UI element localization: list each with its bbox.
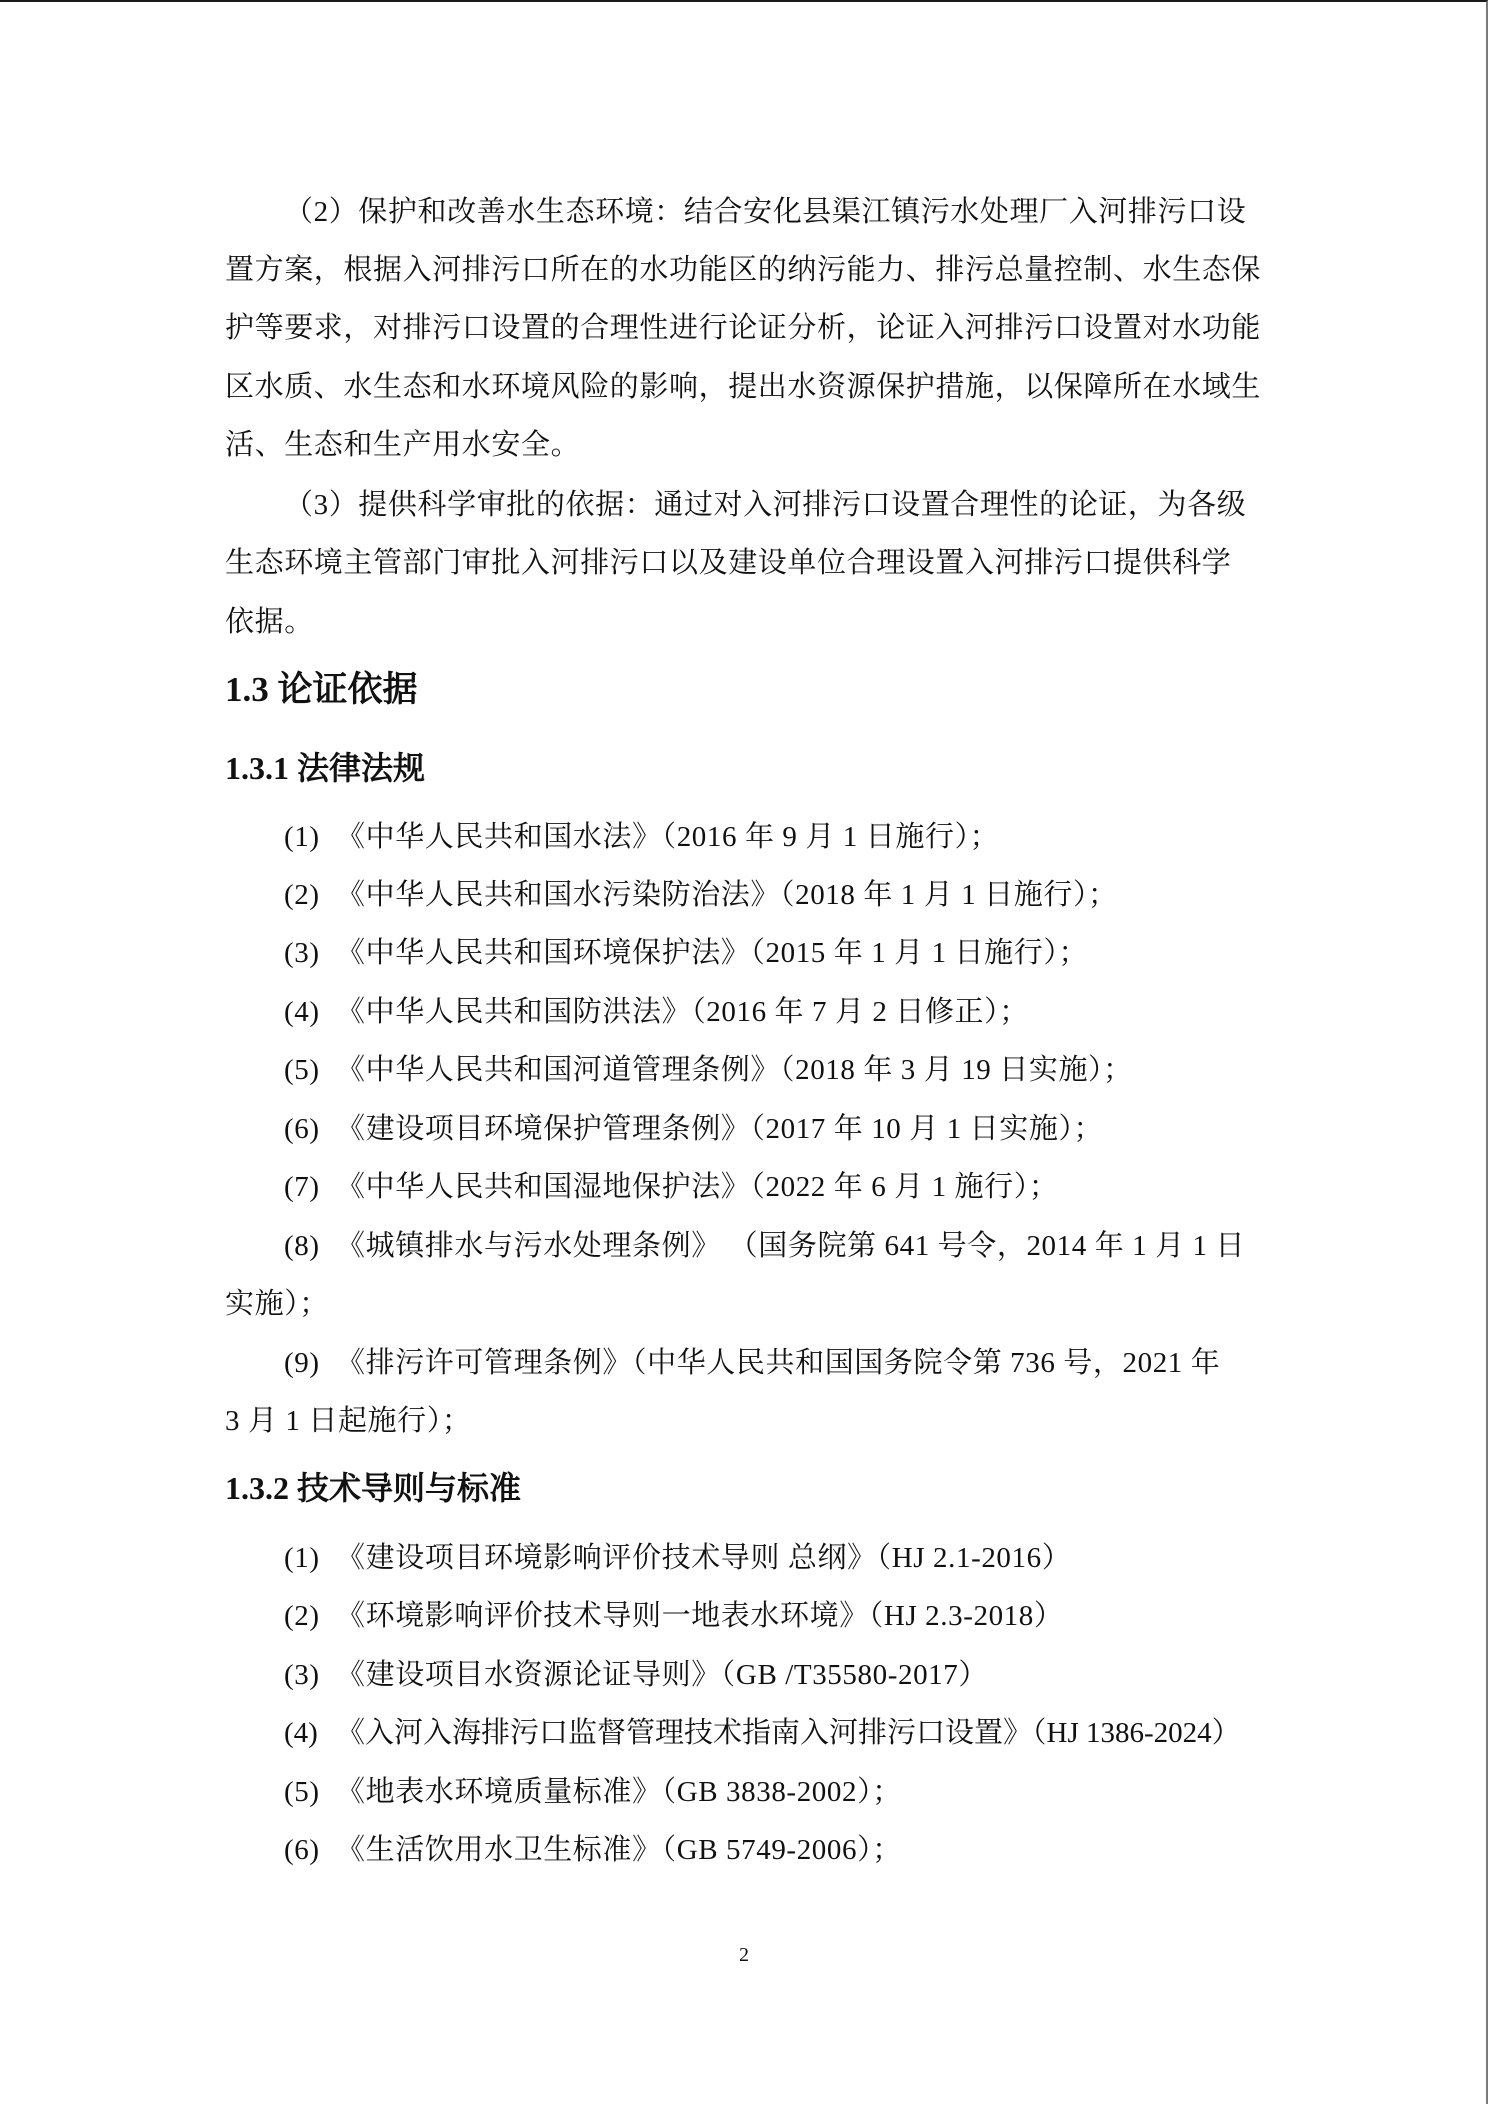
- law-list-item: (7)《中华人民共和国湿地保护法》（2022 年 6 月 1 施行）；: [284, 1167, 1324, 1207]
- list-number: (2): [284, 1596, 336, 1636]
- paragraph-3-line-3: 依据。: [225, 602, 1265, 642]
- list-text: 《建设项目环境影响评价技术导则 总纲》（HJ 2.1-2016）: [336, 1542, 1071, 1574]
- list-number: (3): [284, 933, 336, 973]
- list-text: 《入河入海排污口监督管理技术指南入河排污口设置》（HJ 1386-2024）: [336, 1717, 1241, 1749]
- law-list-item: (2)《中华人民共和国水污染防治法》（2018 年 1 月 1 日施行）；: [284, 875, 1324, 915]
- law-list-item: (4)《中华人民共和国防洪法》（2016 年 7 月 2 日修正）；: [284, 992, 1324, 1032]
- paragraph-2-line-5: 活、生态和生产用水安全。: [225, 425, 1265, 465]
- document-page: （2）保护和改善水生态环境：结合安化县渠江镇污水处理厂入河排污口设 置方案，根据…: [0, 0, 1488, 2104]
- law-list-item: (6)《建设项目环境保护管理条例》（2017 年 10 月 1 日实施）；: [284, 1109, 1324, 1149]
- list-number: (6): [284, 1109, 336, 1149]
- list-text: 《建设项目水资源论证导则》（GB /T35580-2017）: [336, 1659, 988, 1691]
- list-text: 《中华人民共和国环境保护法》（2015 年 1 月 1 日施行）；: [336, 937, 1088, 969]
- standard-list-item: (2)《环境影响评价技术导则一地表水环境》（HJ 2.3-2018）: [284, 1596, 1324, 1636]
- standard-list-item: (6)《生活饮用水卫生标准》（GB 5749-2006）；: [284, 1830, 1324, 1870]
- paragraph-3-line-1: （3）提供科学审批的依据：通过对入河排污口设置合理性的论证，为各级: [284, 485, 1324, 525]
- paragraph-2-line-4: 区水质、水生态和水环境风险的影响，提出水资源保护措施，以保障所在水域生: [225, 367, 1265, 407]
- list-text: 《地表水环境质量标准》（GB 3838-2002）；: [336, 1776, 902, 1808]
- paragraph-2-line-2: 置方案，根据入河排污口所在的水功能区的纳污能力、排污总量控制、水生态保: [225, 250, 1265, 290]
- list-text: 《环境影响评价技术导则一地表水环境》（HJ 2.3-2018）: [336, 1600, 1064, 1632]
- list-text: 《中华人民共和国河道管理条例》（2018 年 3 月 19 日实施）；: [336, 1054, 1133, 1086]
- list-text: 《中华人民共和国水污染防治法》（2018 年 1 月 1 日施行）；: [336, 879, 1118, 911]
- list-text: 《排污许可管理条例》（中华人民共和国国务院令第 736 号，2021 年: [336, 1347, 1220, 1379]
- law-list-item-continuation: 实施）；: [225, 1284, 1265, 1324]
- list-text: 《建设项目环境保护管理条例》（2017 年 10 月 1 日实施）；: [336, 1113, 1103, 1145]
- list-number: (4): [284, 992, 336, 1032]
- law-list-item-continuation: 3 月 1 日起施行）；: [225, 1401, 1265, 1441]
- list-number: (3): [284, 1655, 336, 1695]
- list-text: 《中华人民共和国防洪法》（2016 年 7 月 2 日修正）；: [336, 996, 1029, 1028]
- list-text: 《生活饮用水卫生标准》（GB 5749-2006）；: [336, 1834, 902, 1866]
- list-number: (4): [284, 1713, 336, 1753]
- paragraph-3-line-2: 生态环境主管部门审批入河排污口以及建设单位合理设置入河排污口提供科学: [225, 543, 1265, 583]
- list-number: (9): [284, 1343, 336, 1383]
- law-list-item: (9)《排污许可管理条例》（中华人民共和国国务院令第 736 号，2021 年: [284, 1343, 1324, 1383]
- law-list-item: (3)《中华人民共和国环境保护法》（2015 年 1 月 1 日施行）；: [284, 933, 1324, 973]
- standard-list-item: (4)《入河入海排污口监督管理技术指南入河排污口设置》（HJ 1386-2024…: [284, 1713, 1324, 1753]
- list-number: (5): [284, 1050, 336, 1090]
- section-heading-1-3: 1.3 论证依据: [225, 668, 418, 712]
- list-text: 《中华人民共和国水法》（2016 年 9 月 1 日施行）；: [336, 821, 999, 853]
- list-number: (2): [284, 875, 336, 915]
- standard-list-item: (5)《地表水环境质量标准》（GB 3838-2002）；: [284, 1772, 1324, 1812]
- paragraph-2-line-3: 护等要求，对排污口设置的合理性进行论证分析，论证入河排污口设置对水功能: [225, 308, 1265, 348]
- law-list-item: (1)《中华人民共和国水法》（2016 年 9 月 1 日施行）；: [284, 817, 1324, 857]
- list-number: (8): [284, 1226, 336, 1266]
- list-text: 《中华人民共和国湿地保护法》（2022 年 6 月 1 施行）；: [336, 1171, 1058, 1203]
- list-number: (7): [284, 1167, 336, 1207]
- law-list-item: (5)《中华人民共和国河道管理条例》（2018 年 3 月 19 日实施）；: [284, 1050, 1324, 1090]
- section-heading-1-3-2: 1.3.2 技术导则与标准: [225, 1467, 521, 1509]
- list-number: (1): [284, 1538, 336, 1578]
- section-heading-1-3-1: 1.3.1 法律法规: [225, 747, 425, 789]
- paragraph-2-line-1: （2）保护和改善水生态环境：结合安化县渠江镇污水处理厂入河排污口设: [284, 192, 1324, 232]
- standard-list-item: (3)《建设项目水资源论证导则》（GB /T35580-2017）: [284, 1655, 1324, 1695]
- list-number: (6): [284, 1830, 336, 1870]
- law-list-item: (8)《城镇排水与污水处理条例》 （国务院第 641 号令，2014 年 1 月…: [284, 1226, 1324, 1266]
- standard-list-item: (1)《建设项目环境影响评价技术导则 总纲》（HJ 2.1-2016）: [284, 1538, 1324, 1578]
- list-text: 《城镇排水与污水处理条例》 （国务院第 641 号令，2014 年 1 月 1 …: [336, 1230, 1245, 1262]
- list-number: (5): [284, 1772, 336, 1812]
- list-number: (1): [284, 817, 336, 857]
- page-number: 2: [0, 1943, 1488, 1967]
